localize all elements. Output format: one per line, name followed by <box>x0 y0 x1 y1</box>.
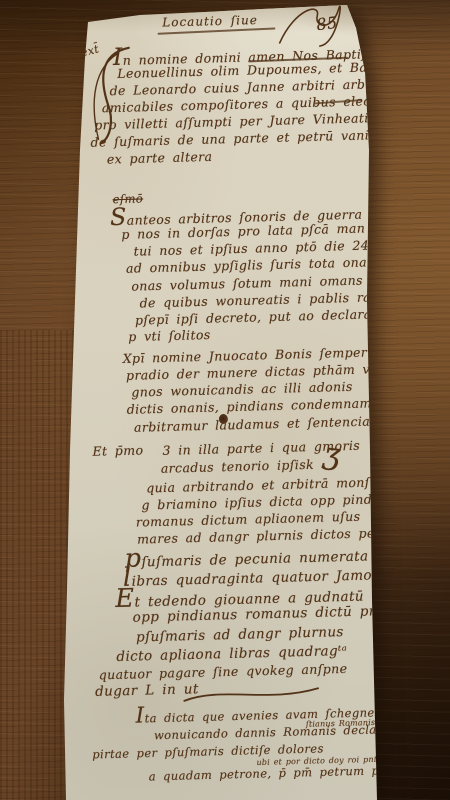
flourish-three-swash: Ʒ <box>321 442 342 479</box>
photo-of-manuscript: Locautio ſiue 85 ext̄ In nomine domini a… <box>0 0 450 800</box>
handwriting-line: p vti ſolitos <box>128 327 211 344</box>
handwriting-line: quia arbitrando et arbitrā monſtrando <box>146 473 414 495</box>
margin-mark-et-primo: Et p̄mo <box>92 442 143 458</box>
worm-hole <box>219 414 228 424</box>
page-number: 85 <box>315 13 338 34</box>
handwriting-layer: Locautio ſiue 85 ext̄ In nomine domini a… <box>0 0 450 800</box>
handwriting-line: a quadam petrone, p̄ pm̄ petrum potes <box>149 763 406 784</box>
handwriting-line: arcadus tenorio ipſisk <box>161 457 315 476</box>
handwriting-line: ex parte altera <box>107 149 213 167</box>
manuscript-paper-sheet: Locautio ſiue 85 ext̄ In nomine domini a… <box>0 0 450 800</box>
paper-sheet-wrapper: Locautio ſiue 85 ext̄ In nomine domini a… <box>0 0 450 800</box>
handwriting-line: pſuſmaris ad dangr plurnus <box>136 624 344 645</box>
handwriting-line: wonuicando dannis Romanis declarauī <box>154 722 402 742</box>
handwriting-line: arbitramur laudamus et ſentenciamus etc <box>134 412 426 435</box>
heading-title: Locautio ſiue <box>162 13 258 29</box>
